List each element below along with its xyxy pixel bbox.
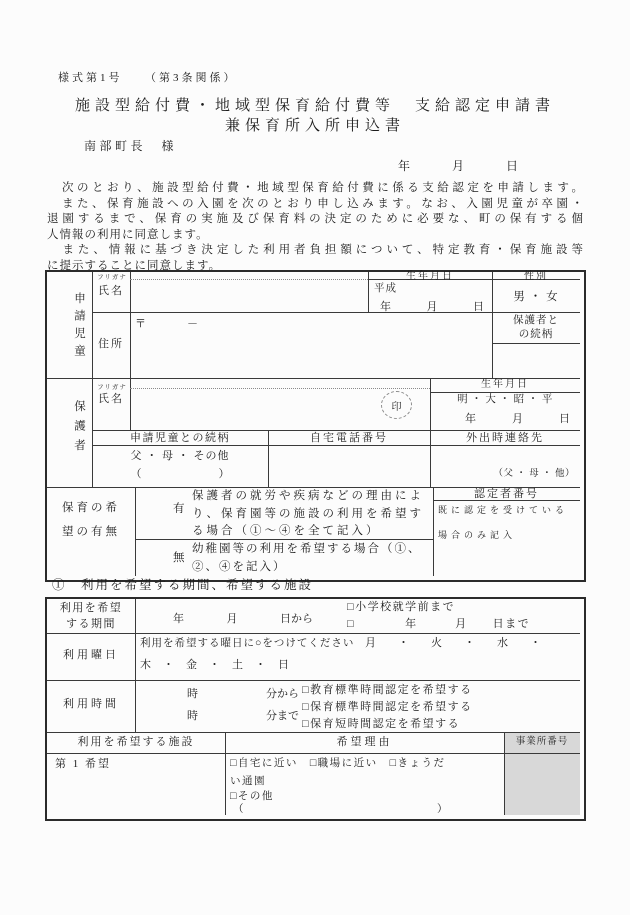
reason-checkboxes-line2: い通園 [230,776,266,788]
child-section-label: 申請児童 [55,286,85,368]
office-number-header: 事業所番号 [504,737,580,748]
time-to-field[interactable]: 時 分まで [187,707,299,723]
month-label: 月 [512,410,523,426]
year-label: 年 [380,298,391,314]
grid-line [135,539,433,540]
form-title-line2: 兼保育所入所申込書 [0,118,630,135]
weekday-options-row2[interactable]: 木・金・土・日 [140,659,301,672]
seal-label: 印 [392,398,402,413]
form-number: 様式第1号 （第3条関係） [58,72,238,85]
gender-options[interactable]: 男 ・ 女 [492,291,580,304]
grid-line [430,392,580,393]
time-cert-option-education[interactable]: □教育標準時間認定を希望する [302,684,473,697]
application-form-page: 様式第1号 （第3条関係） 施設型給付費・地域型保育給付費等 支給認定申請書 兼… [0,0,630,915]
care-wish-yes-option[interactable]: 有 [173,503,185,516]
child-name-label: 氏名 [92,285,130,298]
care-wish-no-option[interactable]: 無 [173,552,185,565]
usage-table: 利用を希望 する期間 年 月 日から □小学校就学前まで □ 年 月 日まで 利… [45,597,586,821]
cert-number-header: 認定者番号 [433,488,580,501]
hour-label: 時 [187,685,198,701]
day-label: 日 [559,410,570,426]
facility-header: 利用を希望する施設 [47,736,225,749]
care-wish-label-1: 保育の希 [47,502,135,515]
weekday-options-row1[interactable]: 月・火・水・ [365,637,563,650]
address-label: 住所 [92,338,130,351]
first-choice-facility-field[interactable] [122,754,225,814]
relation-header: 申請児童との続柄 [92,432,268,445]
guardian-name-label: 氏名 [92,393,130,406]
time-cert-option-short[interactable]: □保育短時間認定を希望する [302,718,460,731]
intro-paragraph: 次のとおり、施設型給付費・地域型保育給付費に係る支給認定を申請します。 また、保… [47,181,584,275]
child-name-field[interactable] [130,280,368,312]
intro-line: また、情報に基づき決定した利用者負担額について、特定教育・保育施設等 [47,243,584,259]
guardian-relation-options[interactable]: 父 ・ 母 ・ その他 [92,450,268,463]
month-label: 月 [227,610,238,626]
home-phone-header: 自宅電話番号 [268,432,430,445]
office-number-field[interactable] [504,753,580,815]
weekday-note: 利用を希望する曜日に○をつけてください [140,638,354,650]
reason-other-checkbox[interactable]: □その他 [230,791,274,803]
gender-header: 性別 [492,271,580,283]
child-birthdate-field[interactable]: 年 月 日 [380,298,484,314]
intro-line: 次のとおり、施設型給付費・地域型保育給付費に係る支給認定を申請します。 [47,181,584,197]
minute-to-label: 分まで [266,707,299,723]
relation-to-guardian-label-2: の続柄 [492,329,580,341]
reason-other-field[interactable]: （ ） [233,804,449,816]
guardian-name-field[interactable] [130,389,378,429]
relation-to-guardian-field[interactable] [492,344,580,377]
seal-stamp-area[interactable]: 印 [381,391,412,419]
outside-contact-options[interactable]: （父 ・ 母 ・ 他） [430,469,575,480]
grid-line [135,599,136,732]
form-title-line1: 施設型給付費・地域型保育給付費等 支給認定申請書 [0,98,630,115]
care-wish-label-2: 望の有無 [47,526,135,539]
guardian-birthdate-field[interactable]: 年 月 日 [465,410,570,426]
care-wish-no-text-1: 幼稚園等の利用を希望する場合（①、 [192,543,422,556]
grid-line [47,680,580,681]
care-wish-yes-text-2: り、保育園等の施設の利用を希望す [192,508,424,521]
relation-to-guardian-label-1: 保護者と [492,315,580,327]
hour-label: 時 [187,707,198,723]
outside-contact-field[interactable] [430,447,580,487]
guardian-birthdate-header: 生年月日 [430,379,580,391]
weekday-label: 利用曜日 [47,649,135,662]
time-cert-option-standard[interactable]: □保育標準時間認定を希望する [302,701,473,714]
minute-from-label: 分から [266,685,299,701]
care-wish-no-text-2: ②、④を記入） [192,561,287,574]
time-from-field[interactable]: 時 分から [187,685,299,701]
grid-line [135,487,136,576]
care-wish-yes-text-1: 保護者の就労や疾病などの理由によ [192,490,424,503]
guardian-relation-other-field[interactable]: （ ） [92,468,268,481]
guardian-furigana-label: フリガナ [94,384,130,391]
period-until-preschool-checkbox[interactable]: □小学校就学前まで [347,601,455,614]
child-birth-era[interactable]: 平成 [374,283,397,295]
outside-contact-header: 外出時連絡先 [430,432,580,445]
grid-line [47,633,580,634]
guardian-section-label: 保護者 [55,396,85,462]
postal-code-field[interactable]: 〒 － [135,318,200,331]
time-label: 利用時間 [47,698,135,711]
reason-checkboxes-line1[interactable]: □自宅に近い □職場に近い □きょうだ [230,758,446,770]
year-label: 年 [465,410,476,426]
period-until-date-checkbox[interactable]: □ 年 月 日まで [347,618,530,631]
month-label: 月 [427,298,438,314]
intro-line: 人情報の利用に同意します。 [47,228,584,244]
first-choice-label: 第 1 希望 [55,758,111,771]
cert-number-field[interactable] [433,501,580,576]
guardian-birth-era-options[interactable]: 明 ・ 大 ・ 昭 ・ 平 [430,394,580,406]
year-label: 年 [173,610,184,626]
grid-line [92,312,580,313]
applicant-table: 申請児童 フリガナ 氏名 生年月日 平成 年 月 日 性別 男 ・ 女 住所 〒… [45,270,586,582]
period-from-field[interactable]: 年 月 日から [173,610,313,626]
child-birthdate-header: 生年月日 [368,271,492,283]
reason-header: 希望理由 [225,736,504,749]
period-label-1: 利用を希望 [47,602,135,615]
addressee: 南部町長 様 [84,140,177,154]
day-label: 日 [473,298,484,314]
grid-line [92,445,580,446]
period-label-2: する期間 [47,618,135,631]
home-phone-field[interactable] [268,447,430,487]
intro-line: また、保育施設への入園を次のとおり申し込みます。なお、入園児童が卒園・ [47,197,584,213]
grid-line [92,430,580,431]
grid-line [47,732,580,733]
child-furigana-label: フリガナ [94,274,130,281]
day-from-label: 日から [280,610,313,626]
care-wish-yes-text-3: る場合（①～④を全て記入） [192,525,381,538]
application-date-field[interactable]: 年 月 日 [398,160,520,174]
section1-heading: ① 利用を希望する期間、希望する施設 [52,578,313,592]
intro-line: 退園するまで、保育の実施及び保育料の決定のために必要な、町の保有する個 [47,212,584,228]
child-address-field[interactable] [135,334,485,376]
